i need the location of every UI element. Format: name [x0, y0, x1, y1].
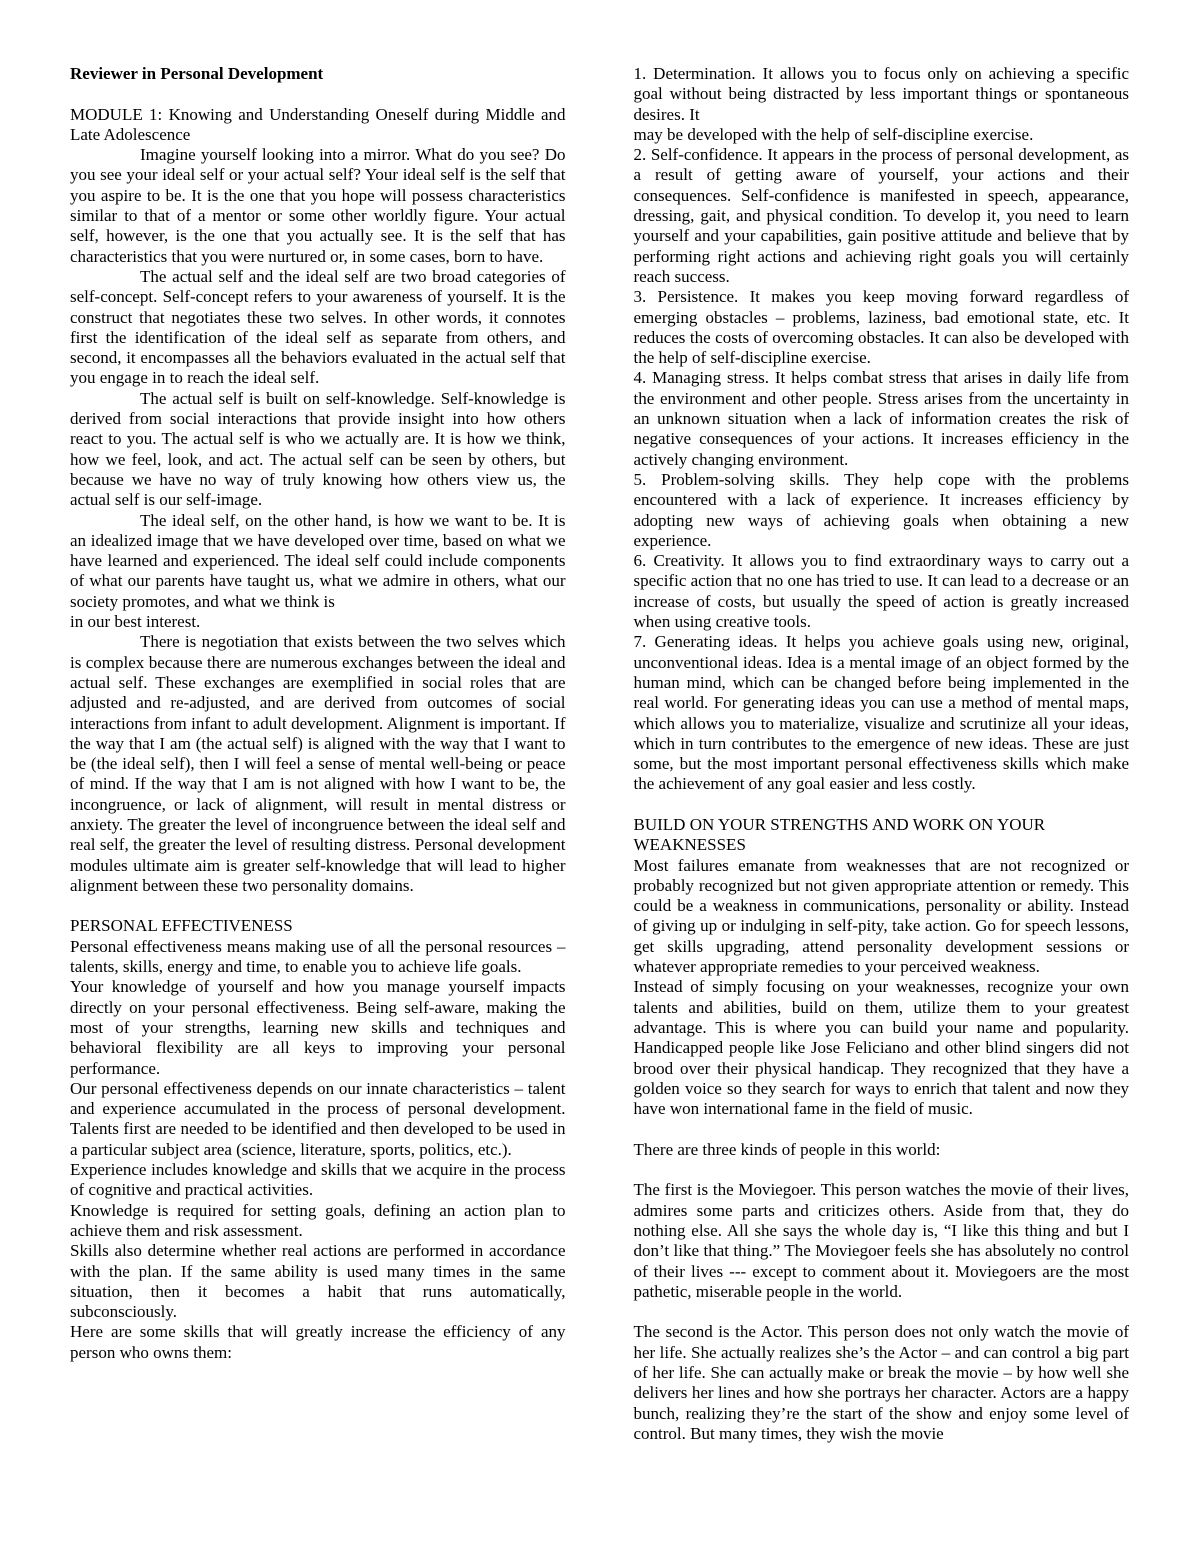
module-1-heading: MODULE 1: Knowing and Understanding Ones… — [70, 105, 566, 146]
left-column: Reviewer in Personal Development MODULE … — [70, 64, 566, 1444]
list-item-problem-solving: 5. Problem-solving skills. They help cop… — [634, 470, 1130, 551]
paragraph-three-kinds: There are three kinds of people in this … — [634, 1140, 1130, 1160]
paragraph-self-concept: The actual self and the ideal self are t… — [70, 267, 566, 389]
list-item-determination-continued: may be developed with the help of self-d… — [634, 125, 1130, 145]
document-page: Reviewer in Personal Development MODULE … — [0, 0, 1200, 1553]
document-title: Reviewer in Personal Development — [70, 64, 566, 84]
paragraph-effectiveness-definition: Personal effectiveness means making use … — [70, 937, 566, 978]
paragraph-experience: Experience includes knowledge and skills… — [70, 1160, 566, 1201]
paragraph-imagine-mirror: Imagine yourself looking into a mirror. … — [70, 145, 566, 267]
paragraph-ideal-self: The ideal self, on the other hand, is ho… — [70, 511, 566, 612]
paragraph-innate-characteristics: Our personal effectiveness depends on ou… — [70, 1079, 566, 1160]
personal-effectiveness-heading: PERSONAL EFFECTIVENESS — [70, 916, 566, 936]
paragraph-moviegoer: The first is the Moviegoer. This person … — [634, 1180, 1130, 1302]
right-column: 1. Determination. It allows you to focus… — [634, 64, 1130, 1444]
build-strengths-heading: BUILD ON YOUR STRENGTHS AND WORK ON YOUR… — [634, 815, 1130, 856]
paragraph-failures-weaknesses: Most failures emanate from weaknesses th… — [634, 856, 1130, 978]
two-column-layout: Reviewer in Personal Development MODULE … — [70, 64, 1129, 1444]
paragraph-build-talents: Instead of simply focusing on your weakn… — [634, 977, 1130, 1119]
paragraph-actor: The second is the Actor. This person doe… — [634, 1322, 1130, 1444]
paragraph-self-knowledge: The actual self is built on self-knowled… — [70, 389, 566, 511]
paragraph-best-interest: in our best interest. — [70, 612, 566, 632]
paragraph-self-awareness: Your knowledge of yourself and how you m… — [70, 977, 566, 1078]
list-item-self-confidence: 2. Self-confidence. It appears in the pr… — [634, 145, 1130, 287]
paragraph-negotiation: There is negotiation that exists between… — [70, 632, 566, 896]
list-item-managing-stress: 4. Managing stress. It helps combat stre… — [634, 368, 1130, 469]
list-item-persistence: 3. Persistence. It makes you keep moving… — [634, 287, 1130, 368]
list-item-determination: 1. Determination. It allows you to focus… — [634, 64, 1130, 125]
paragraph-knowledge: Knowledge is required for setting goals,… — [70, 1201, 566, 1242]
paragraph-skills-habit: Skills also determine whether real actio… — [70, 1241, 566, 1322]
list-item-generating-ideas: 7. Generating ideas. It helps you achiev… — [634, 632, 1130, 794]
list-item-creativity: 6. Creativity. It allows you to find ext… — [634, 551, 1130, 632]
paragraph-skills-intro: Here are some skills that will greatly i… — [70, 1322, 566, 1363]
